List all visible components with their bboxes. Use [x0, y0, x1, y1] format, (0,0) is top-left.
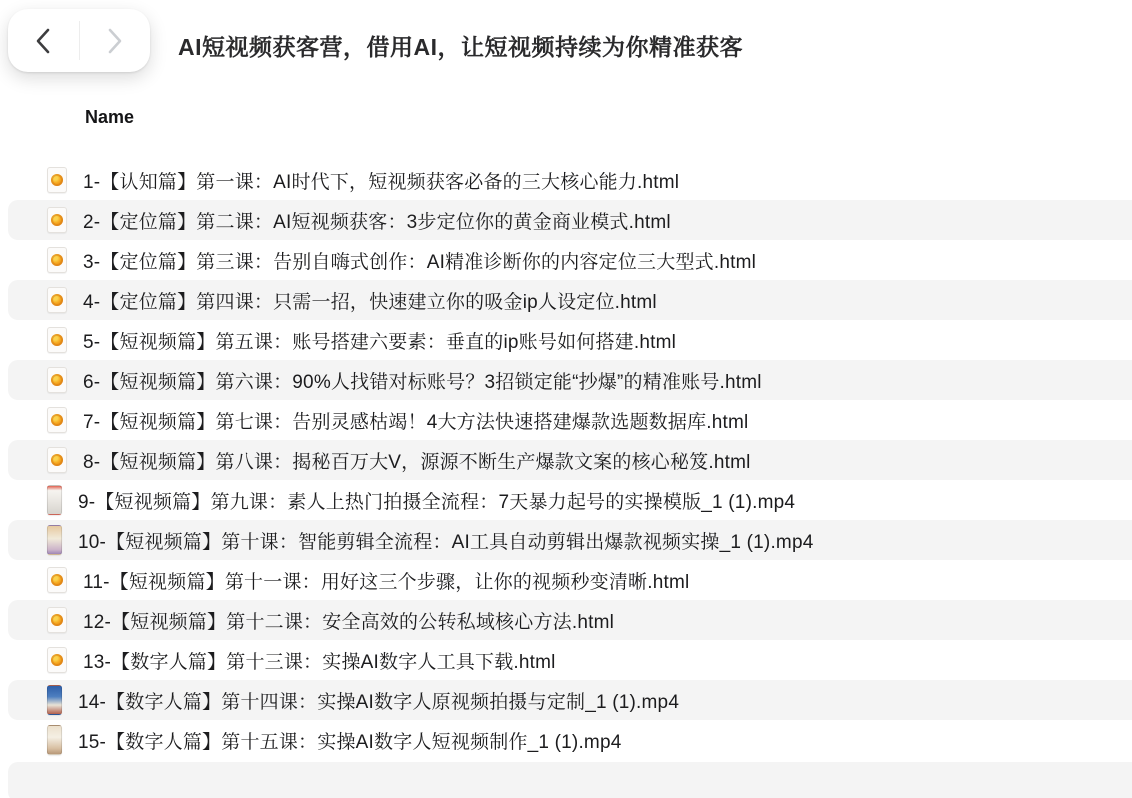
- file-name: 10-【短视频篇】第十课：智能剪辑全流程：AI工具自动剪辑出爆款视频实操_1 (…: [78, 527, 814, 554]
- file-name: 2-【定位篇】第二课：AI短视频获客：3步定位你的黄金商业模式.html: [83, 207, 671, 234]
- file-row[interactable]: 6-【短视频篇】第六课：90%人找错对标账号？3招锁定能“抄爆”的精准账号.ht…: [8, 360, 1132, 400]
- file-row[interactable]: 10-【短视频篇】第十课：智能剪辑全流程：AI工具自动剪辑出爆款视频实操_1 (…: [8, 520, 1132, 560]
- empty-row: [8, 762, 1132, 798]
- file-row[interactable]: 7-【短视频篇】第七课：告别灵感枯竭！4大方法快速搭建爆款选题数据库.html: [8, 400, 1132, 440]
- chevron-right-icon: [104, 27, 126, 55]
- file-row[interactable]: 8-【短视频篇】第八课：揭秘百万大V，源源不断生产爆款文案的核心秘笈.html: [8, 440, 1132, 480]
- file-row[interactable]: 1-【认知篇】第一课：AI时代下，短视频获客必备的三大核心能力.html: [8, 160, 1132, 200]
- file-name: 14-【数字人篇】第十四课：实操AI数字人原视频拍摄与定制_1 (1).mp4: [78, 687, 679, 714]
- html-file-icon: [47, 607, 67, 633]
- file-row[interactable]: 4-【定位篇】第四课：只需一招，快速建立你的吸金ip人设定位.html: [8, 280, 1132, 320]
- html-file-icon: [47, 367, 67, 393]
- file-row[interactable]: 2-【定位篇】第二课：AI短视频获客：3步定位你的黄金商业模式.html: [8, 200, 1132, 240]
- file-name: 12-【短视频篇】第十二课：安全高效的公转私域核心方法.html: [83, 607, 614, 634]
- file-name: 11-【短视频篇】第十一课：用好这三个步骤，让你的视频秒变清晰.html: [83, 567, 689, 594]
- file-row[interactable]: 15-【数字人篇】第十五课：实操AI数字人短视频制作_1 (1).mp4: [8, 720, 1132, 760]
- back-button[interactable]: [8, 9, 79, 72]
- chevron-left-icon: [32, 27, 54, 55]
- file-list: 1-【认知篇】第一课：AI时代下，短视频获客必备的三大核心能力.html 2-【…: [0, 160, 1132, 760]
- file-row[interactable]: 12-【短视频篇】第十二课：安全高效的公转私域核心方法.html: [8, 600, 1132, 640]
- html-file-icon: [47, 407, 67, 433]
- video-thumbnail-icon: [47, 525, 62, 555]
- html-file-icon: [47, 247, 67, 273]
- file-name: 8-【短视频篇】第八课：揭秘百万大V，源源不断生产爆款文案的核心秘笈.html: [83, 447, 751, 474]
- html-file-icon: [47, 287, 67, 313]
- file-name: 13-【数字人篇】第十三课：实操AI数字人工具下载.html: [83, 647, 556, 674]
- html-file-icon: [47, 207, 67, 233]
- html-file-icon: [47, 647, 67, 673]
- file-name: 6-【短视频篇】第六课：90%人找错对标账号？3招锁定能“抄爆”的精准账号.ht…: [83, 367, 762, 394]
- file-name: 5-【短视频篇】第五课：账号搭建六要素：垂直的ip账号如何搭建.html: [83, 327, 676, 354]
- file-name: 1-【认知篇】第一课：AI时代下，短视频获客必备的三大核心能力.html: [83, 167, 679, 194]
- navigation-capsule: [8, 9, 150, 72]
- forward-button[interactable]: [80, 9, 151, 72]
- video-thumbnail-icon: [47, 685, 62, 715]
- file-row[interactable]: 11-【短视频篇】第十一课：用好这三个步骤，让你的视频秒变清晰.html: [8, 560, 1132, 600]
- html-file-icon: [47, 327, 67, 353]
- page-title: AI短视频获客营，借用AI，让短视频持续为你精准获客: [178, 29, 743, 62]
- html-file-icon: [47, 567, 67, 593]
- video-thumbnail-icon: [47, 725, 62, 755]
- file-row[interactable]: 3-【定位篇】第三课：告别自嗨式创作：AI精准诊断你的内容定位三大型式.html: [8, 240, 1132, 280]
- file-row[interactable]: 13-【数字人篇】第十三课：实操AI数字人工具下载.html: [8, 640, 1132, 680]
- file-row[interactable]: 9-【短视频篇】第九课：素人上热门拍摄全流程：7天暴力起号的实操模版_1 (1)…: [8, 480, 1132, 520]
- file-row[interactable]: 5-【短视频篇】第五课：账号搭建六要素：垂直的ip账号如何搭建.html: [8, 320, 1132, 360]
- window: AI短视频获客营，借用AI，让短视频持续为你精准获客 Name 1-【认知篇】第…: [0, 0, 1132, 798]
- file-name: 15-【数字人篇】第十五课：实操AI数字人短视频制作_1 (1).mp4: [78, 727, 622, 754]
- video-thumbnail-icon: [47, 485, 62, 515]
- html-file-icon: [47, 447, 67, 473]
- html-file-icon: [47, 167, 67, 193]
- file-name: 3-【定位篇】第三课：告别自嗨式创作：AI精准诊断你的内容定位三大型式.html: [83, 247, 756, 274]
- file-name: 9-【短视频篇】第九课：素人上热门拍摄全流程：7天暴力起号的实操模版_1 (1)…: [78, 487, 795, 514]
- file-name: 4-【定位篇】第四课：只需一招，快速建立你的吸金ip人设定位.html: [83, 287, 657, 314]
- file-row[interactable]: 14-【数字人篇】第十四课：实操AI数字人原视频拍摄与定制_1 (1).mp4: [8, 680, 1132, 720]
- name-column-header[interactable]: Name: [85, 107, 134, 128]
- file-name: 7-【短视频篇】第七课：告别灵感枯竭！4大方法快速搭建爆款选题数据库.html: [83, 407, 748, 434]
